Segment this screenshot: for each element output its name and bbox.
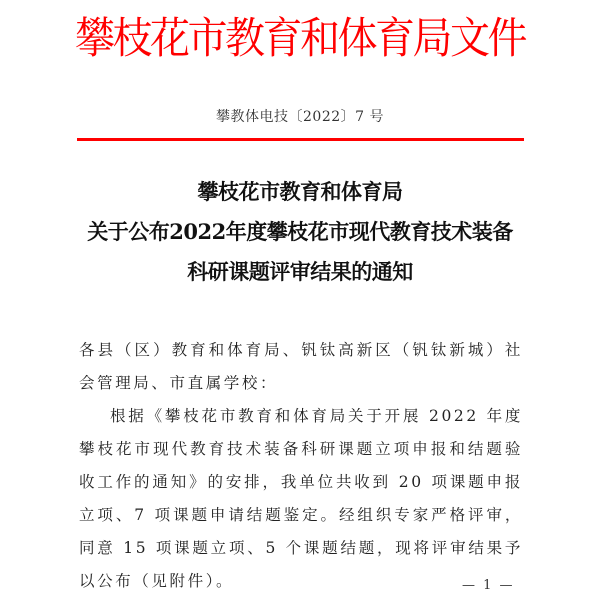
- document-title: 攀枝花市教育和体育局 关于公布2022年度攀枝花市现代教育技术装备 科研课题评审…: [0, 172, 600, 292]
- page-number: — 1 —: [462, 578, 515, 594]
- document-masthead: 攀枝花市教育和体育局文件: [0, 10, 600, 68]
- document-body: 各县（区）教育和体育局、钒钛高新区（钒钛新城）社会管理局、市直属学校： 根据《攀…: [79, 334, 523, 595]
- red-divider-rule: [77, 138, 524, 141]
- title-line-notice: 科研课题评审结果的通知: [0, 252, 600, 292]
- document-page: 攀枝花市教育和体育局文件 攀教体电技〔2022〕7 号 攀枝花市教育和体育局 关…: [0, 0, 600, 595]
- document-number: 攀教体电技〔2022〕7 号: [0, 107, 600, 127]
- title-line-issuer: 攀枝花市教育和体育局: [0, 172, 600, 212]
- title-line-subject: 关于公布2022年度攀枝花市现代教育技术装备: [0, 212, 600, 252]
- addressee-line: 各县（区）教育和体育局、钒钛高新区（钒钛新城）社会管理局、市直属学校：: [79, 334, 523, 400]
- body-paragraph: 根据《攀枝花市教育和体育局关于开展 2022 年度攀枝花市现代教育技术装备科研课…: [79, 400, 523, 595]
